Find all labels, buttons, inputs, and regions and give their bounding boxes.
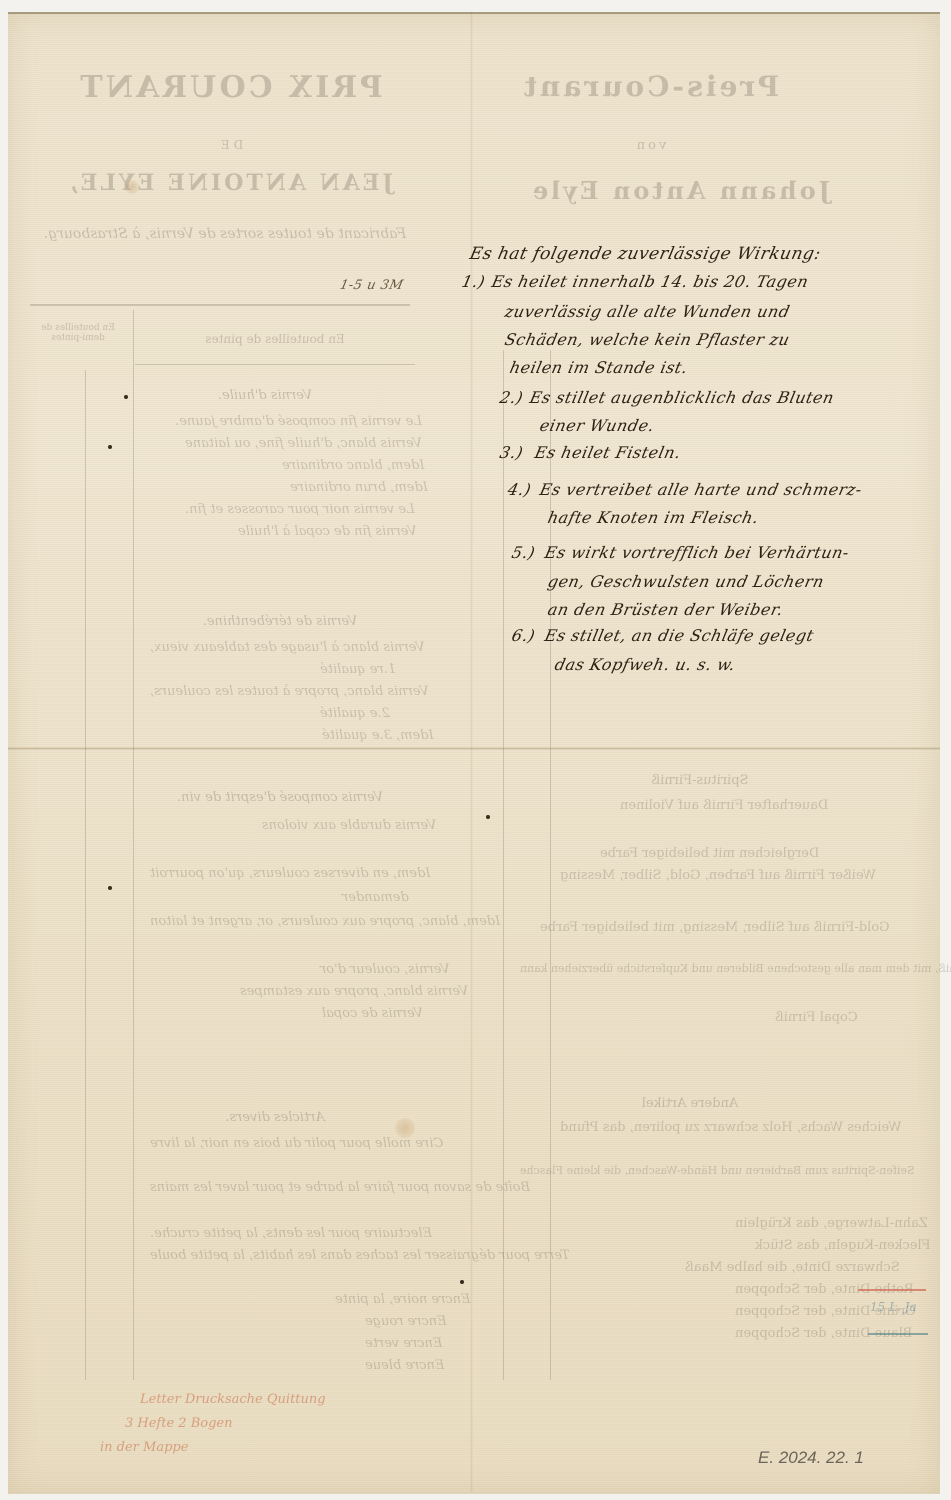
bleed-line: 2.e qualité xyxy=(320,706,390,721)
bleed-section-heading: Articles divers. xyxy=(220,1110,330,1125)
handwriting-line: gen, Geschwulsten und Löchern xyxy=(546,572,826,591)
ink-dot xyxy=(486,815,490,819)
bleed-title-left: PRIX COURANT xyxy=(60,70,400,105)
bleed-line: Idem, blanc ordinaire xyxy=(282,458,424,473)
ink-dot xyxy=(124,395,128,399)
handwriting-intro: Es hat folgende zuverlässige Wirkung: xyxy=(468,244,823,264)
bleed-line-right: Copal Firniß xyxy=(775,1010,858,1025)
bleed-name-left: JEAN ANTOINE EYLE, xyxy=(50,170,410,196)
bleed-line-right: Dergleichen mit beliebiger Farbe xyxy=(600,846,819,861)
ruled-line xyxy=(85,370,86,1380)
bleed-line: Idem, en diverses couleurs, qu'on pourro… xyxy=(150,866,430,881)
bleed-line: Vernis blanc, propre à toutes les couleu… xyxy=(150,684,429,699)
ruled-line xyxy=(503,350,504,1380)
bleed-subtitle-left: Fabricant de toutes sortes de Vernis, à … xyxy=(30,226,420,242)
bleed-column-header: En bouteilles de pintes xyxy=(170,332,380,346)
handwriting-item-number: 1.) xyxy=(460,272,487,291)
bleed-line: Vernis blanc, d'huile fine, ou laitane xyxy=(185,436,422,451)
bleed-line: Idem, 3.e qualité xyxy=(322,728,434,743)
bleed-line-right: Zahn-Latwerge, das Krüglein xyxy=(735,1216,928,1231)
red-faded-note: 3 Hefte 2 Bogen xyxy=(125,1416,232,1431)
bleed-line: demander xyxy=(342,890,409,905)
handwriting-line: an den Brüsten der Weiber. xyxy=(546,600,785,619)
bleed-line-right: Flecken-Kugeln, das Stück xyxy=(755,1238,931,1253)
bleed-line: Encre verte xyxy=(365,1336,442,1351)
bleed-line: 1.re qualité xyxy=(320,662,396,677)
bleed-line: Vernis de copal xyxy=(322,1006,423,1021)
vertical-fold-line xyxy=(470,12,473,1492)
red-faded-note: in der Mappe xyxy=(100,1440,188,1455)
bleed-line: Le vernis noir pour carosses et fin. xyxy=(185,502,415,517)
handwriting-line: heilen im Stande ist. xyxy=(508,358,690,377)
handwriting-item-number: 6.) xyxy=(510,626,537,645)
handwriting-item-number: 4.) xyxy=(506,480,533,499)
bleed-line: Cire molle pour polir du bois en noir, l… xyxy=(150,1136,443,1151)
handwriting-line: Es heilet innerhalb 14. bis 20. Tagen xyxy=(490,272,810,291)
bleed-line: Idem, brun ordinaire xyxy=(290,480,428,495)
handwriting-item-number: 5.) xyxy=(510,543,537,562)
bleed-line: Terre pour dégraisser les taches dans le… xyxy=(150,1248,570,1263)
bleed-line: Encre rouge xyxy=(365,1314,447,1329)
ruled-line xyxy=(133,310,134,1380)
bleed-line: Encre bleue xyxy=(365,1358,444,1373)
handwriting-line: Schäden, welche kein Pflaster zu xyxy=(503,330,792,349)
handwriting-line: Es stillet augenblicklich das Bluten xyxy=(528,388,836,407)
bleed-line-right: Dauerhafter Firniß auf Violinen xyxy=(620,798,828,813)
bleed-line-right: Gold-Firniß auf Silber, Messing, mit bel… xyxy=(540,920,889,935)
bleed-line-right: Seifen-Spiritus zum Barbieren und Hände-… xyxy=(520,1164,915,1177)
ruled-line xyxy=(135,364,415,365)
bleed-section-heading: Vernis composé d'esprit de vin. xyxy=(170,790,390,805)
bleed-section-heading-right: Spiritus-Firniß xyxy=(630,773,770,788)
bleed-line-right: Weißer Firniß auf Farben, Gold, Silber, … xyxy=(560,868,876,883)
bleed-margin-header: En bouteilles de demi-pintes xyxy=(28,323,128,343)
ruled-line xyxy=(550,350,551,1380)
handwriting-item-number: 3.) xyxy=(498,443,525,462)
bleed-line: Vernis blanc à l'usage des tableaux vieu… xyxy=(150,640,425,655)
bleed-line: Idem, blanc, propre aux couleurs, or, ar… xyxy=(150,914,500,929)
handwriting-line: Es heilet Fisteln. xyxy=(533,443,683,462)
bleed-section-heading: Vernis de térébenthine. xyxy=(180,614,380,629)
bleed-name-right: Johann Anton Eyle xyxy=(480,176,880,205)
handwriting-line: das Kopfweh. u. s. w. xyxy=(553,655,737,674)
bleed-line: Encre noire, la pinte xyxy=(335,1292,471,1307)
bleed-line-right: Weißer Firniß, mit dem man alle gestoche… xyxy=(520,962,951,975)
bleed-line: Boîte de savon pour faire la barbe et po… xyxy=(150,1180,530,1195)
top-small-note: 1-5 u 3M xyxy=(338,278,404,293)
ruled-line xyxy=(30,304,410,306)
handwriting-line: Es wirkt vortrefflich bei Verhärtun- xyxy=(543,543,851,562)
bleed-line: Electuaire pour les dents, la petite cru… xyxy=(150,1226,432,1241)
bleed-section-heading-right: Andere Artikel xyxy=(630,1096,750,1111)
bleed-de: DE xyxy=(200,138,260,152)
bleed-line: Vernis fin de copal à l'huile xyxy=(238,524,417,539)
paper-stain xyxy=(395,1118,415,1138)
ink-dot xyxy=(108,886,112,890)
horizontal-fold-line xyxy=(8,747,940,750)
bleed-title-right: Preis-Courant xyxy=(500,70,800,103)
blue-pencil-mark xyxy=(868,1333,928,1335)
handwriting-line: Es vertreibet alle harte und schmerz- xyxy=(538,480,864,499)
handwriting-item-number: 2.) xyxy=(498,388,525,407)
handwriting-line: Es stillet, an die Schläfe gelegt xyxy=(543,626,816,645)
bleed-line: Vernis blanc, propre aux estampes xyxy=(240,984,468,999)
bleed-line-right: Schwarze Dinte, die halbe Maaß xyxy=(685,1260,900,1275)
ink-dot xyxy=(108,445,112,449)
bleed-von: von xyxy=(620,138,680,153)
blue-faded-note: 15 L. Ja xyxy=(870,1300,917,1314)
bleed-line-right: Weiches Wachs, Holz schwarz zu poliren, … xyxy=(560,1120,901,1135)
handwriting-line: hafte Knoten im Fleisch. xyxy=(546,508,761,527)
catalog-number: E. 2024. 22. 1 xyxy=(758,1448,864,1468)
handwriting-line: einer Wunde. xyxy=(538,416,656,435)
ink-dot xyxy=(460,1280,464,1284)
bleed-line: Vernis durable aux violons xyxy=(262,818,436,833)
handwriting-line: zuverlässig alle alte Wunden und xyxy=(503,302,792,321)
red-faded-note: Letter Drucksache Quittung xyxy=(140,1392,326,1407)
bleed-line: Le vernis fin composé d'ambre jaune. xyxy=(175,414,422,429)
bleed-section-heading: Vernis d'huile. xyxy=(200,388,330,403)
red-pencil-mark xyxy=(858,1289,926,1291)
bleed-line: Vernis, couleur d'or xyxy=(320,962,450,977)
